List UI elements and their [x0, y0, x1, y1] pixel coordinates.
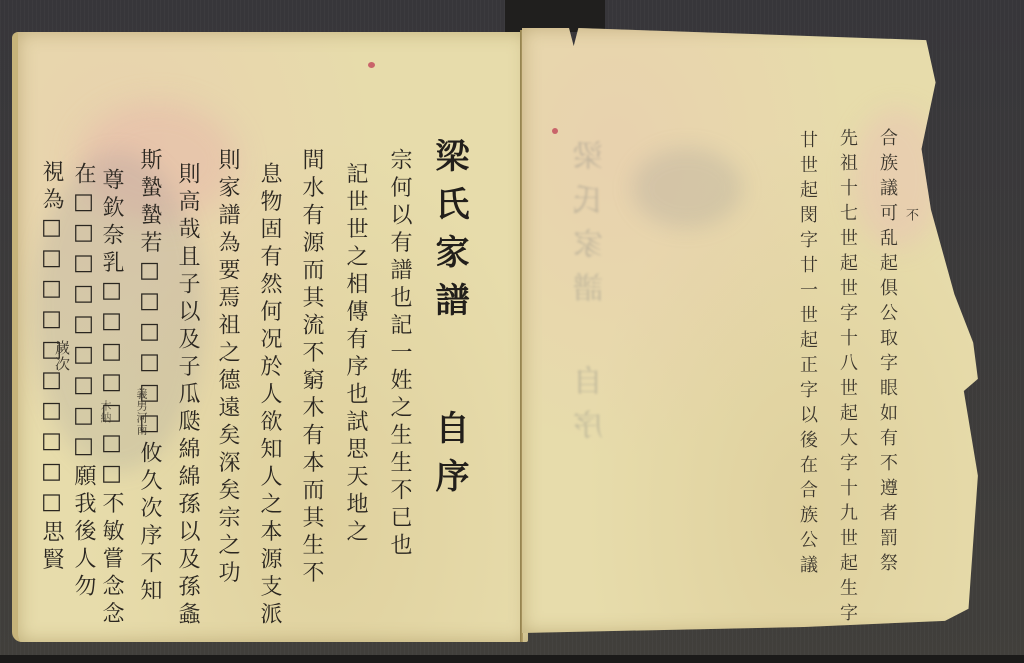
right-text-column-2: 先祖十七世起世字十八世起大字十九世起生字 — [838, 128, 856, 628]
red-ink-mark — [368, 62, 375, 68]
text-column-3: 間水有源而其流不窮木有本而其生不 — [300, 148, 322, 588]
right-text-column-1: 合族議可乱起俱公取字眼如有不遵者罰祭 — [878, 128, 896, 578]
bottom-edge-shadow — [0, 655, 1024, 663]
text-column-6: 則高哉且子以及子瓜瓞綿綿孫以及孫螽 — [176, 162, 198, 630]
water-damage-stain — [632, 148, 742, 228]
document-subtitle: 自序 — [432, 410, 466, 506]
text-column-2: 記世世之相傳有序也試思天地之 — [344, 162, 366, 547]
text-column-7: 斯蟄蟄若□□□□□□攸久次序不知 — [138, 148, 160, 606]
margin-note-yinan: 義男河南 — [136, 388, 147, 436]
margin-note-suici: 嵗次 — [54, 340, 69, 372]
document-title: 梁氏家譜 — [432, 138, 466, 330]
bleed-through-title: 梁氏家譜 自序 — [570, 140, 614, 453]
text-column-9: 在□□□□□□□□□願我後人勿 — [72, 162, 94, 602]
book-spine-shadow — [505, 0, 605, 32]
text-column-5: 則家譜為要焉祖之德遠矣深矣宗之功 — [216, 148, 238, 588]
red-ink-mark — [552, 128, 558, 134]
right-margin-mark: 不 — [904, 208, 917, 222]
text-column-8: 尊欽奈乳□□□□□□□不敏嘗念念 — [100, 168, 122, 629]
right-text-column-3: 廿世起閔字廿一世起正字以後在合族公議 — [798, 130, 816, 580]
margin-note-muna: 木納 — [100, 400, 111, 424]
text-column-1: 宗何以有譜也記一姓之生生不已也 — [388, 148, 410, 561]
text-column-4: 息物固有然何况於人欲知人之本源支派 — [258, 162, 280, 630]
